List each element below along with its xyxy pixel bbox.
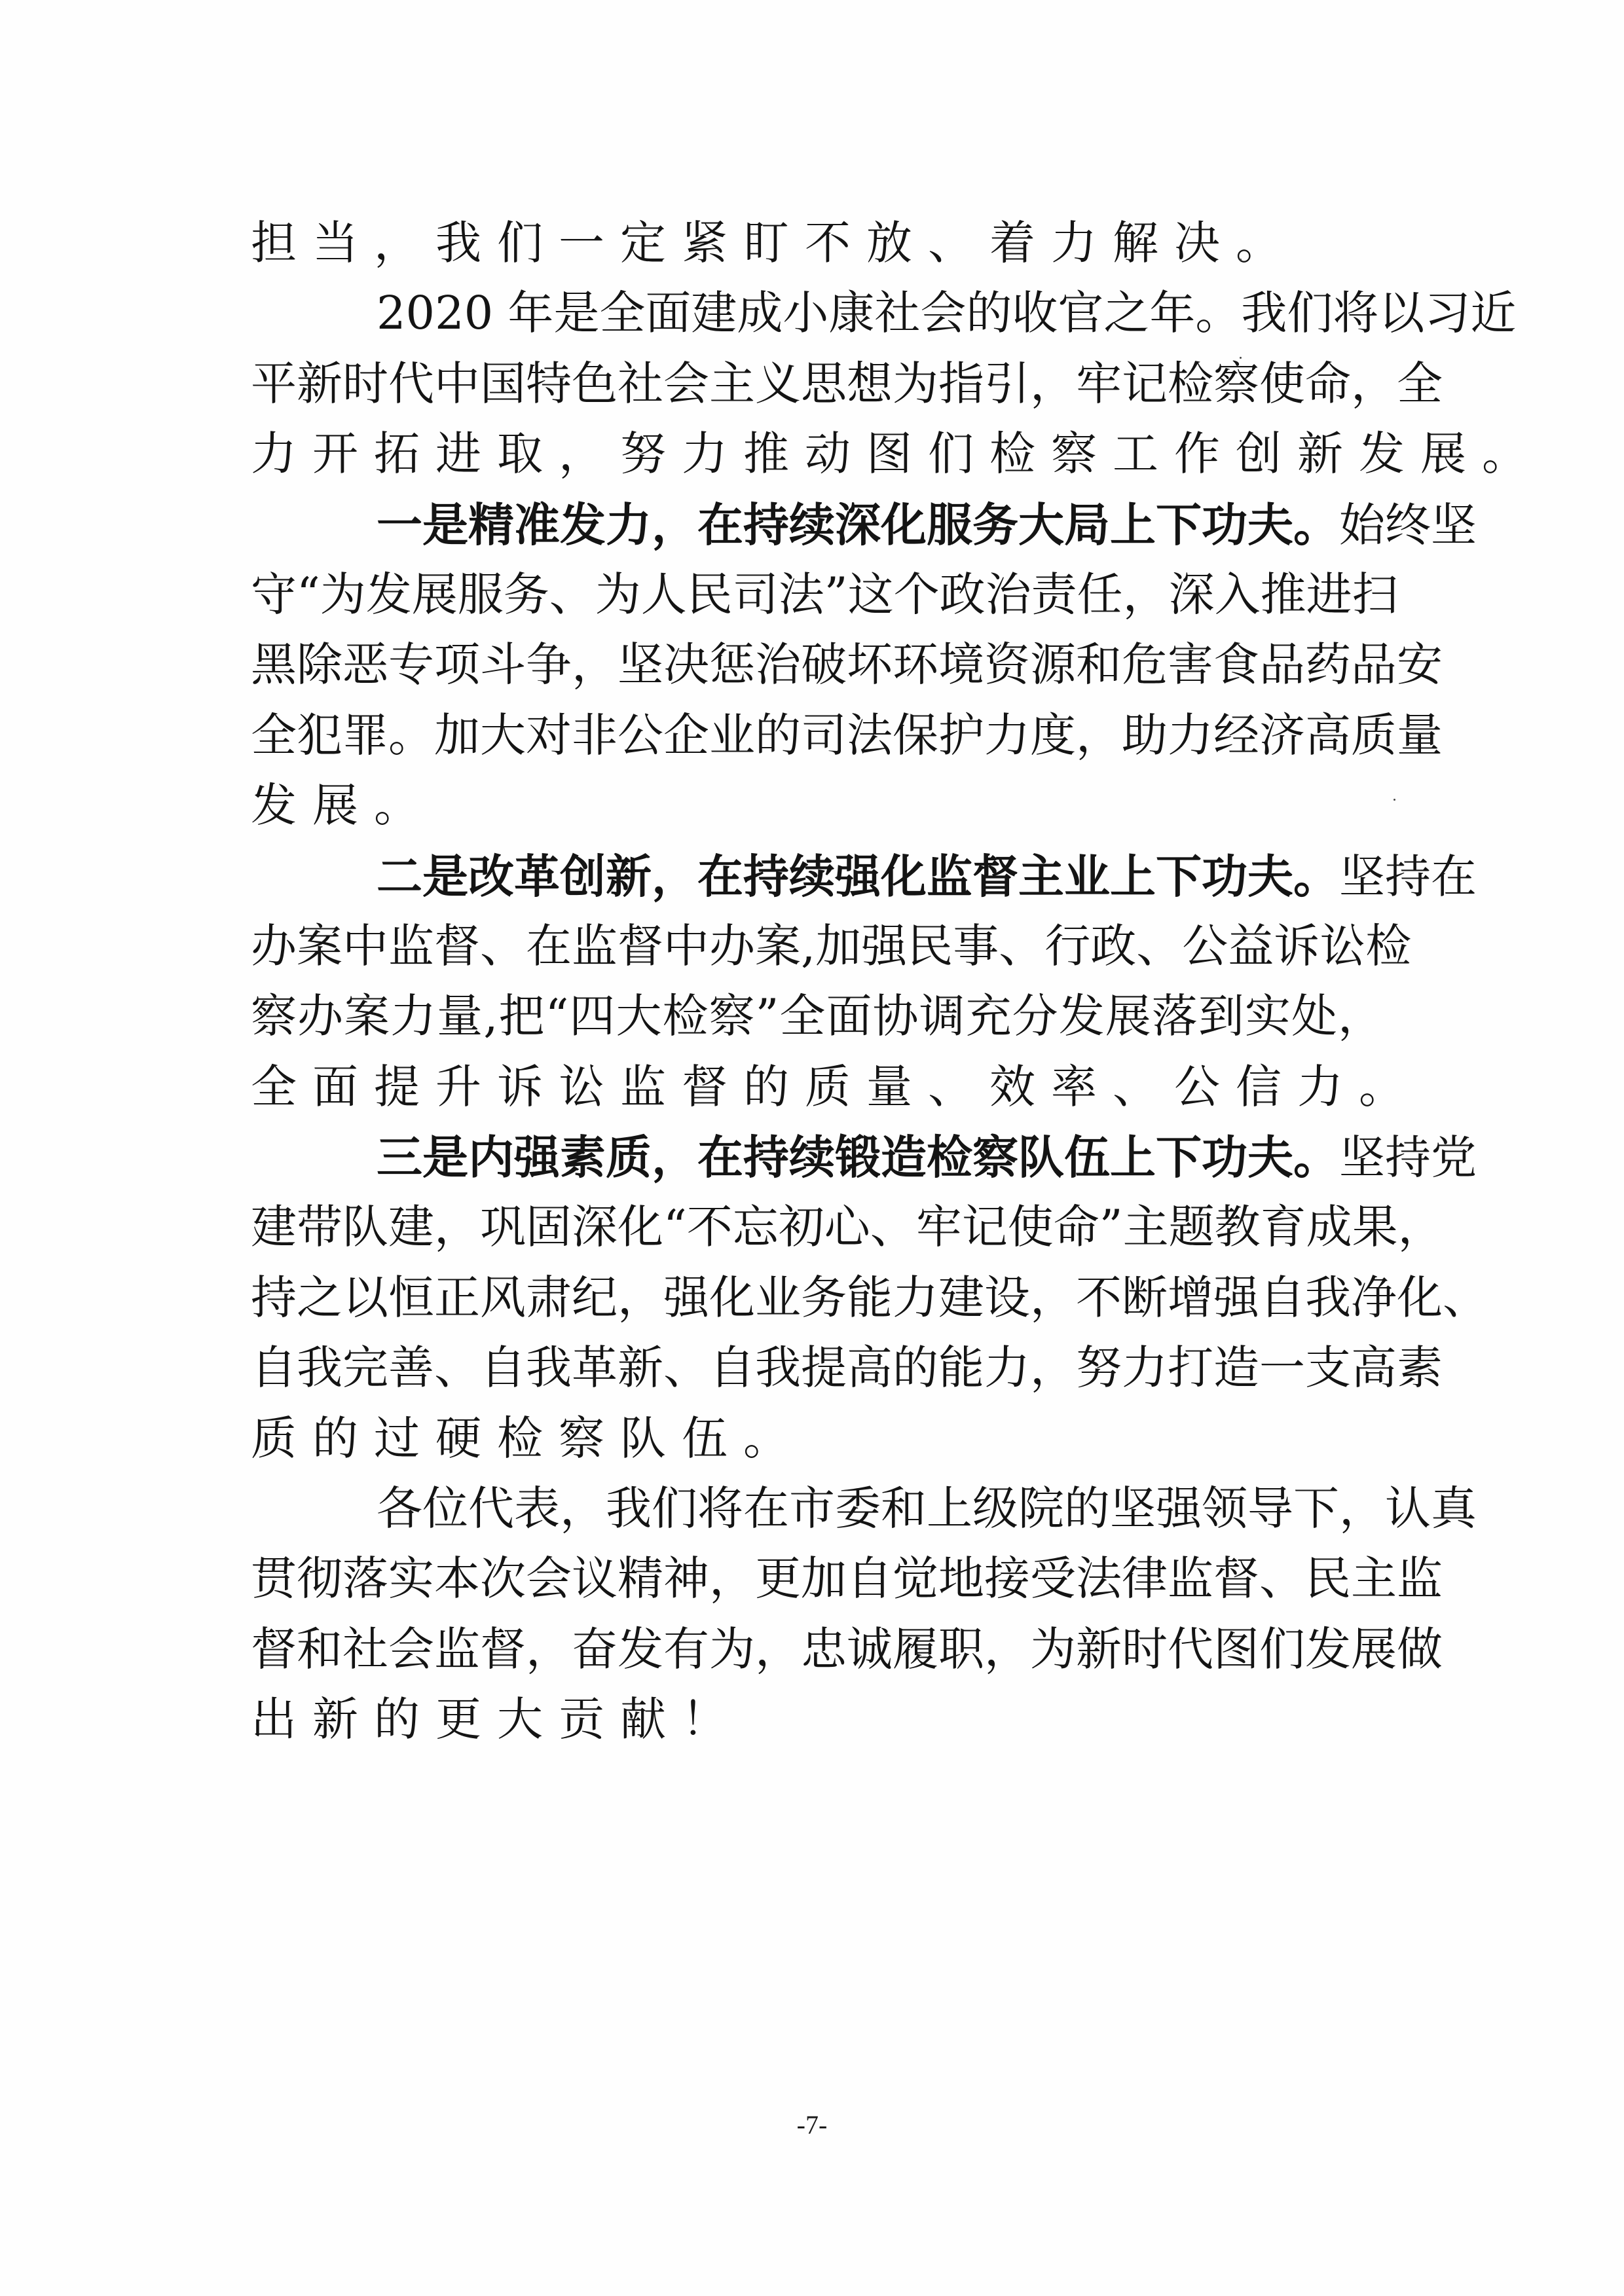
paragraph-line: 发展。 (251, 771, 1384, 841)
heading-tail-text: 坚持党 (1339, 1131, 1477, 1184)
scan-speck (1393, 799, 1395, 801)
section-heading-line: 二是改革创新，在持续强化监督主业上下功夫。坚持在 (251, 841, 1384, 911)
paragraph-line: 建带队建，巩固深化“不忘初心、牢记使命”主题教育成果， (251, 1192, 1384, 1262)
paragraph-line: 黑除恶专项斗争，坚决惩治破坏环境资源和危害食品药品安 (251, 630, 1384, 700)
paragraph-line: 持之以恒正风肃纪，强化业务能力建设，不断增强自我净化、 (251, 1263, 1384, 1333)
paragraph-line: 全面提升诉讼监督的质量、效率、公信力。 (251, 1052, 1384, 1122)
paragraph-line: 自我完善、自我革新、自我提高的能力，努力打造一支高素 (251, 1333, 1384, 1403)
paragraph-line: 贯彻落实本次会议精神，更加自觉地接受法律监督、民主监 (251, 1544, 1384, 1614)
paragraph-line: 2020 年是全面建成小康社会的收官之年。我们将以习近 (251, 278, 1384, 348)
paragraph-line: 察办案力量,把“四大检察”全面协调充分发展落到实处， (251, 981, 1384, 1051)
scan-speck (1240, 259, 1242, 261)
paragraph-line: 担当，我们一定紧盯不放、着力解决。 (251, 208, 1384, 278)
section-heading: 二是改革创新，在持续强化监督主业上下功夫。 (377, 849, 1339, 903)
paragraph-line: 质的过硬检察队伍。 (251, 1404, 1384, 1474)
paragraph-line: 全犯罪。加大对非公企业的司法保护力度，助力经济高质量 (251, 701, 1384, 771)
paragraph-line: 守“为发展服务、为人民司法”这个政治责任，深入推进扫 (251, 560, 1384, 630)
section-heading-line: 一是精准发力，在持续深化服务大局上下功夫。始终坚 (251, 490, 1384, 560)
heading-tail-text: 坚持在 (1339, 850, 1477, 903)
scan-speck (1240, 357, 1242, 359)
page-number: -7- (786, 2109, 838, 2140)
section-heading: 三是内强素质，在持续锻造检察队伍上下功夫。 (377, 1130, 1339, 1184)
paragraph-line: 力开拓进取，努力推动图们检察工作创新发展。 (251, 419, 1384, 489)
heading-tail-text: 始终坚 (1339, 498, 1477, 552)
scan-speck (1240, 440, 1242, 442)
paragraph-line: 办案中监督、在监督中办案,加强民事、行政、公益诉讼检 (251, 911, 1384, 981)
paragraph-line: 出新的更大贡献！ (251, 1685, 1384, 1755)
paragraph-line: 平新时代中国特色社会主义思想为指引，牢记检察使命，全 (251, 349, 1384, 419)
paragraph-line: 督和社会监督，奋发有为，忠诚履职，为新时代图们发展做 (251, 1614, 1384, 1685)
document-page: 担当，我们一定紧盯不放、着力解决。 2020 年是全面建成小康社会的收官之年。我… (0, 0, 1624, 2296)
paragraph-line: 各位代表，我们将在市委和上级院的坚强领导下，认真 (251, 1474, 1384, 1544)
document-body: 担当，我们一定紧盯不放、着力解决。 2020 年是全面建成小康社会的收官之年。我… (251, 208, 1384, 1755)
section-heading-line: 三是内强素质，在持续锻造检察队伍上下功夫。坚持党 (251, 1122, 1384, 1192)
section-heading: 一是精准发力，在持续深化服务大局上下功夫。 (377, 498, 1339, 552)
